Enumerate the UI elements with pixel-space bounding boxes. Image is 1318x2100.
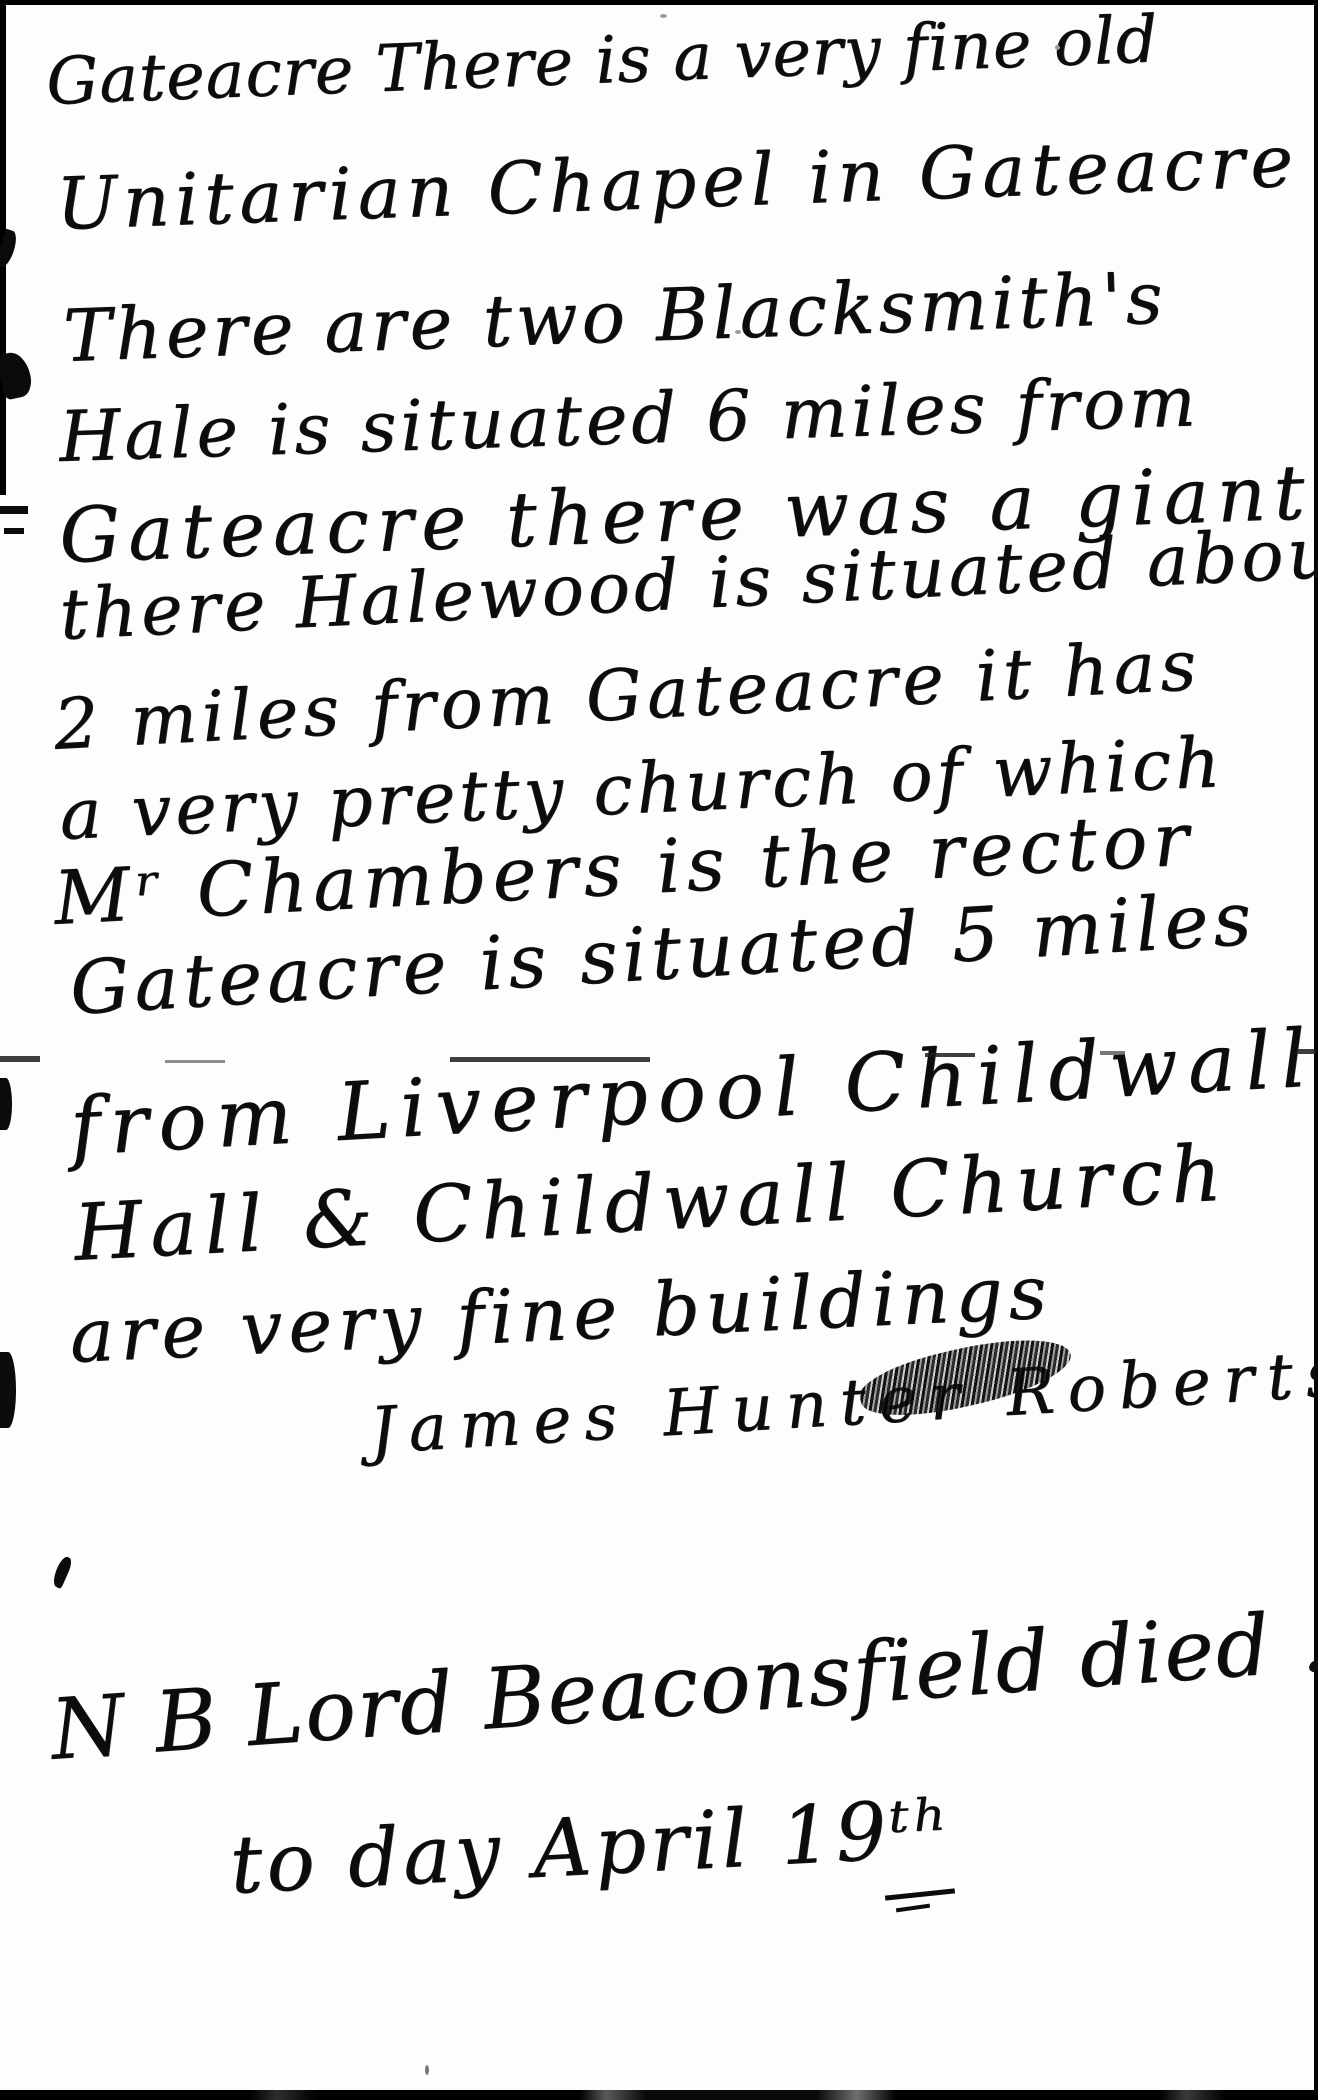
paper-speck <box>735 330 741 334</box>
manuscript-page: Gateacre There is a very fine old Unitar… <box>0 0 1318 2100</box>
scan-artifact-left <box>0 349 34 400</box>
fold-line-segment <box>165 1060 225 1063</box>
scan-artifact-left <box>4 528 24 534</box>
paper-speck <box>425 2065 429 2075</box>
stray-pen-mark <box>50 1555 74 1589</box>
fold-line-segment <box>1298 1049 1316 1054</box>
handwritten-line-13: are very fine buildings <box>68 1255 1054 1374</box>
scan-artifact-left <box>0 1352 16 1428</box>
fold-line-segment <box>0 1056 40 1062</box>
superscript-underline <box>896 1904 930 1913</box>
fold-line-segment <box>925 1053 975 1057</box>
handwritten-line-3: There are two Blacksmith's <box>62 261 1168 371</box>
handwritten-line-1: Gateacre There is a very fine old <box>45 7 1159 115</box>
postscript-line: N B Lord Beaconsfield died . <box>48 1599 1318 1772</box>
postscript-date-line: to day April 19ᵗʰ <box>228 1788 954 1906</box>
fold-line-segment <box>1100 1051 1125 1055</box>
scan-artifact-left <box>0 229 20 269</box>
scan-artifact-left <box>0 506 28 514</box>
superscript-underline <box>885 1888 955 1900</box>
scan-artifact-left <box>0 1078 12 1130</box>
fold-line-segment <box>450 1057 650 1062</box>
scan-border-bottom <box>0 2090 1318 2100</box>
paper-speck <box>1055 45 1060 50</box>
handwritten-line-2: Unitarian Chapel in Gateacre <box>55 125 1300 240</box>
paper-speck <box>660 14 667 18</box>
